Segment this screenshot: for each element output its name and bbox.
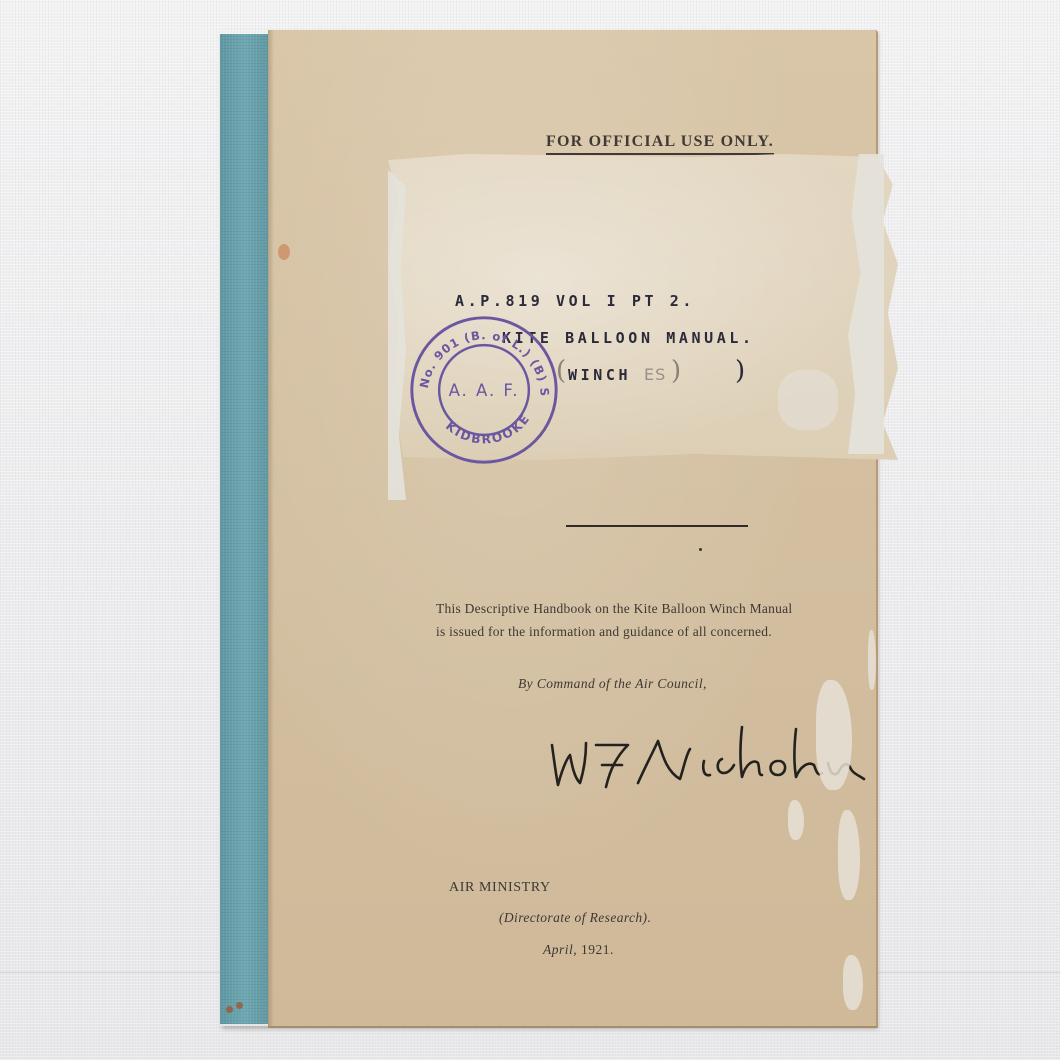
manual-booklet: FOR OFFICIAL USE ONLY. A.P.819 VOL I PT …	[220, 30, 876, 1026]
description-line: is issued for the information and guidan…	[436, 620, 886, 643]
stamp-icon: No. 901 (B. of L.) (B) SQU•DRON KIDBROOK…	[406, 312, 562, 468]
department: (Directorate of Research).	[499, 910, 651, 926]
paren-close: )	[671, 356, 681, 386]
wear-mark	[843, 955, 863, 1010]
wear-mark	[788, 800, 804, 840]
rust-spot	[226, 1006, 233, 1013]
cover-hinge-shadow	[268, 30, 274, 1026]
stamp-ring-bottom: KIDBROOKE	[443, 411, 533, 447]
command-line: By Command of the Air Council,	[518, 676, 707, 692]
description-line: This Descriptive Handbook on the Kite Ba…	[436, 597, 886, 620]
residual-character: )	[735, 356, 745, 386]
issuer: AIR MINISTRY	[449, 880, 551, 896]
ink-dot	[699, 548, 702, 551]
peeled-area	[778, 370, 838, 430]
rust-spot	[236, 1002, 243, 1009]
issue-year: 1921.	[581, 942, 614, 957]
subtitle-handwritten: ES	[644, 365, 666, 384]
issue-date: April, 1921.	[543, 942, 614, 958]
wear-mark	[838, 810, 860, 900]
divider-rule	[566, 525, 748, 527]
reference-number: A.P.819 VOL I PT 2.	[455, 292, 695, 310]
subtitle-typed: WINCH	[568, 366, 631, 384]
stamp-center: A. A. F.	[449, 381, 520, 400]
description-text: This Descriptive Handbook on the Kite Ba…	[436, 597, 886, 643]
classification-heading: FOR OFFICIAL USE ONLY.	[546, 133, 774, 155]
rust-spot	[278, 244, 290, 260]
issue-month: April,	[543, 942, 577, 957]
paper-cover: FOR OFFICIAL USE ONLY. A.P.819 VOL I PT …	[268, 30, 878, 1028]
squadron-stamp: No. 901 (B. of L.) (B) SQU•DRON KIDBROOK…	[406, 312, 562, 468]
svg-text:KIDBROOKE: KIDBROOKE	[443, 411, 533, 447]
wear-mark	[816, 680, 852, 790]
